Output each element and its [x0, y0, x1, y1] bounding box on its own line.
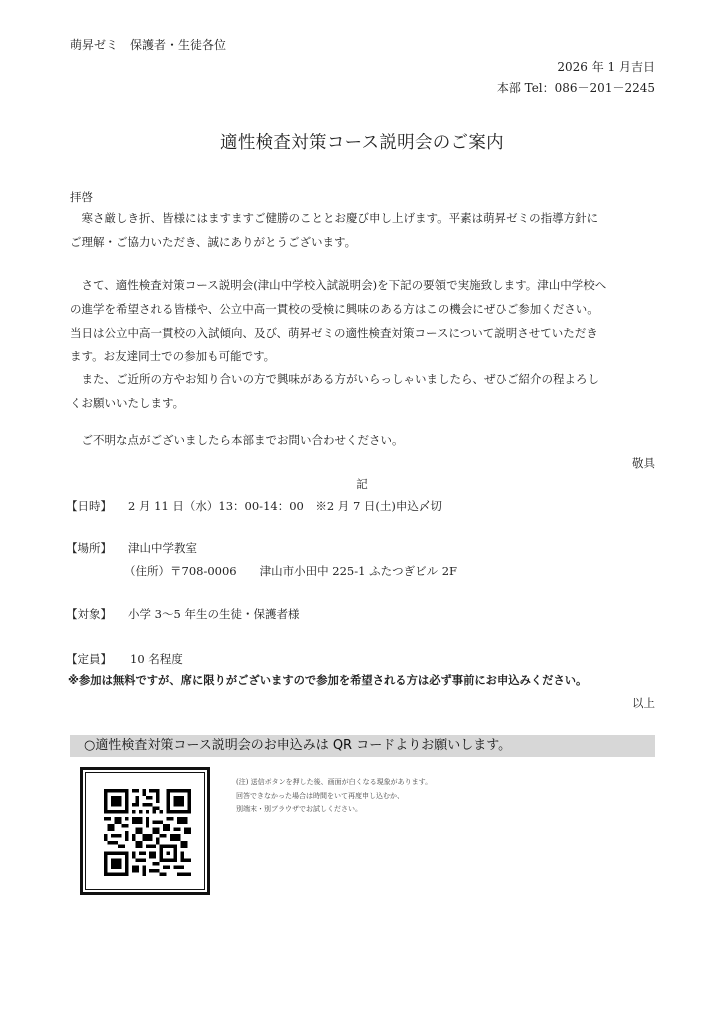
detail-datetime: 【日時】2 月 11 日（水）13：00-14：00 ※2 月 7 日(土)申込…	[66, 499, 442, 513]
target-value: 小学 3～5 年生の生徒・保護者様	[128, 607, 299, 621]
paragraph3-line1: また、ご近所の方やお知り合いの方で興味がある方がいらっしゃいましたら、ぜひご紹介…	[70, 372, 599, 386]
opening-greeting: 拝啓	[70, 190, 93, 204]
datetime-value: 2 月 11 日（水）13：00-14：00 ※2 月 7 日(土)申込〆切	[128, 499, 442, 513]
addressee: 萌昇ゼミ 保護者・生徒各位	[70, 38, 226, 52]
detail-target: 【対象】小学 3～5 年生の生徒・保護者様	[66, 607, 299, 621]
capacity-value: 10 名程度	[130, 652, 183, 666]
closing-ijo: 以上	[632, 696, 655, 710]
page-title: 適性検査対策コース説明会のご案内	[0, 132, 724, 154]
application-banner: ○適性検査対策コース説明会のお申込みは QR コードよりお願いします。	[70, 735, 655, 757]
paragraph3-line2: くお願いいたします。	[70, 396, 184, 410]
capacity-label: 【定員】	[66, 652, 130, 666]
paragraph1-line2: ご理解・ご協力いただき、誠にありがとうございます。	[70, 235, 356, 249]
tel-number: 本部 Tel：086－201－2245	[497, 81, 655, 95]
detail-place: 【場所】津山中学教室	[66, 541, 197, 555]
note-line3: 別端末・別ブラウザでお試しください。	[236, 803, 362, 816]
paragraph2-line4: ます。お友達同士での参加も可能です。	[70, 349, 275, 363]
paragraph1-line1: 寒さ厳しき折、皆様にはますますご健勝のこととお慶び申し上げます。平素は萌昇ゼミの…	[70, 211, 598, 225]
qr-code-icon[interactable]	[104, 789, 191, 876]
place-value: 津山中学教室	[128, 541, 197, 555]
qr-code-frame	[80, 767, 210, 895]
issue-date: 2026 年 1 月吉日	[557, 60, 655, 74]
application-banner-text: ○適性検査対策コース説明会のお申込みは QR コードよりお願いします。	[84, 738, 511, 754]
target-label: 【対象】	[66, 607, 128, 621]
ki-heading: 記	[0, 477, 724, 491]
free-participation-notice: ※参加は無料ですが、席に限りがございますので参加を希望される方は必ず事前にお申込…	[68, 674, 587, 688]
note-line1: (注) 送信ボタンを押した後、画面が白くなる現象があります。	[236, 776, 432, 789]
place-label: 【場所】	[66, 541, 128, 555]
closing-keigu: 敬具	[632, 456, 655, 470]
paragraph2-line2: の進学を希望される皆様や、公立中高一貫校の受検に興味のある方はこの機会にぜひご参…	[70, 302, 599, 316]
place-address: （住所）〒708-0006 津山市小田中 225-1 ふたつぎビル 2F	[124, 564, 457, 578]
note-line2: 回答できなかった場合は時間をいて再度申し込むか、	[236, 790, 404, 803]
datetime-label: 【日時】	[66, 499, 128, 513]
inquiry-text: ご不明な点がございましたら本部までお問い合わせください。	[70, 433, 404, 447]
detail-capacity: 【定員】10 名程度	[66, 652, 183, 666]
paragraph2-line3: 当日は公立中高一貫校の入試傾向、及び、萌昇ゼミの適性検査対策コースについて説明さ…	[70, 326, 598, 340]
paragraph2-line1: さて、適性検査対策コース説明会(津山中学校入試説明会)を下記の要領で実施致します…	[70, 278, 606, 292]
